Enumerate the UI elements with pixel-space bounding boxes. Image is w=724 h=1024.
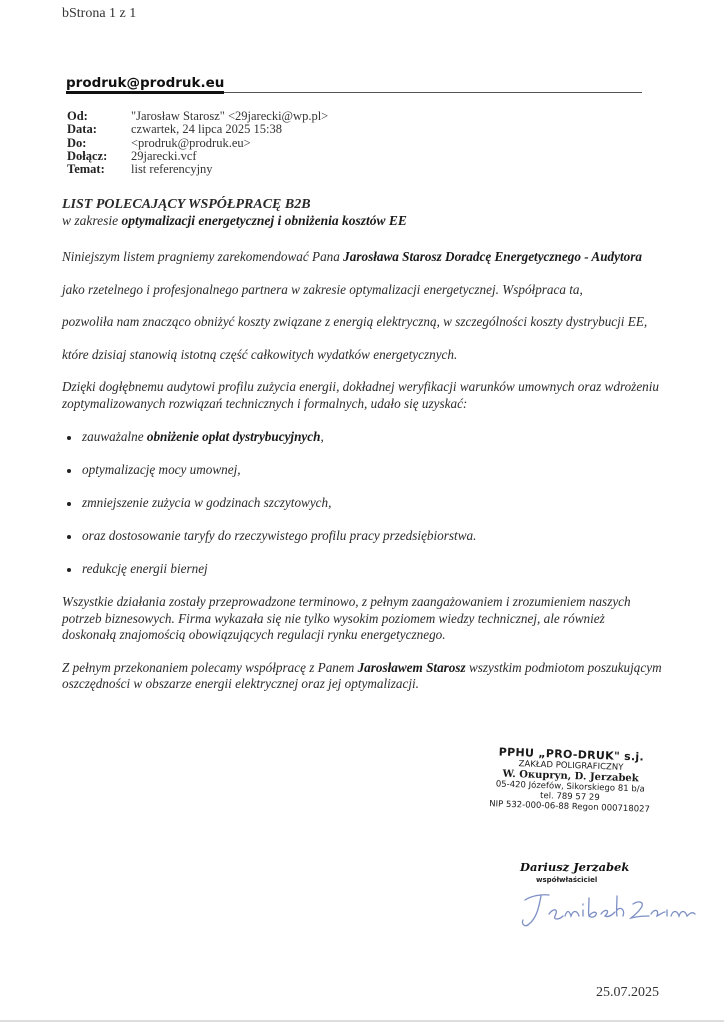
signer-name: Dariusz Jerzabek bbox=[520, 860, 629, 874]
company-stamp: PPHU „PRO-DRUK" s.j. ZAKŁAD POLIGRAFICZN… bbox=[477, 745, 664, 815]
letter-title: LIST POLECAJĄCY WSPÓŁPRACĘ B2B bbox=[62, 196, 662, 213]
subtitle-prefix: w zakresie bbox=[62, 213, 122, 228]
footer-date: 25.07.2025 bbox=[596, 985, 659, 1001]
header-subject: Temat: list referencyjny bbox=[67, 163, 328, 176]
header-date: Data: czwartek, 24 lipca 2025 15:38 bbox=[67, 123, 328, 136]
header-value: "Jarosław Starosz" <29jarecki@wp.pl> bbox=[131, 110, 328, 123]
item-text: zmniejszenie zużycia w godzinach szczyto… bbox=[82, 495, 331, 510]
list-item: zmniejszenie zużycia w godzinach szczyto… bbox=[62, 495, 662, 511]
closing-bold: Jarosławem Starosz bbox=[358, 660, 466, 675]
item-text: redukcję energii biernej bbox=[82, 561, 208, 576]
list-item: oraz dostosowanie taryfy do rzeczywisteg… bbox=[62, 528, 662, 544]
item-text: zauważalne bbox=[82, 429, 147, 444]
paragraph-4: Dzięki dogłębnemu audytowi profilu zużyc… bbox=[62, 379, 662, 412]
header-value: <prodruk@prodruk.eu> bbox=[131, 137, 251, 150]
header-key: Od: bbox=[67, 110, 131, 123]
page-label: bStrona 1 z 1 bbox=[62, 6, 136, 22]
letter-subtitle: w zakresie optymalizacji energetycznej i… bbox=[62, 213, 662, 229]
handwritten-signature-icon bbox=[515, 884, 700, 939]
header-value: czwartek, 24 lipca 2025 15:38 bbox=[131, 123, 282, 136]
header-key: Dołącz: bbox=[67, 150, 131, 163]
closing-paragraph: Z pełnym przekonaniem polecamy współprac… bbox=[62, 660, 662, 693]
page-bottom-divider bbox=[0, 1020, 724, 1022]
header-from: Od: "Jarosław Starosz" <29jarecki@wp.pl> bbox=[67, 110, 328, 123]
intro-paragraph: Niniejszym listem pragniemy zarekomendow… bbox=[62, 249, 662, 266]
header-key: Data: bbox=[67, 123, 131, 136]
list-item: redukcję energii biernej bbox=[62, 561, 662, 577]
header-key: Do: bbox=[67, 137, 131, 150]
item-bold: obniżenie opłat dystrybucyjnych bbox=[147, 429, 321, 444]
header-key: Temat: bbox=[67, 163, 131, 176]
paragraph-3: które dzisiaj stanowią istotną część cał… bbox=[62, 347, 662, 364]
item-text: oraz dostosowanie taryfy do rzeczywisteg… bbox=[82, 528, 476, 543]
paragraph-2: pozwoliła nam znacząco obniżyć koszty zw… bbox=[62, 314, 662, 331]
item-suffix: , bbox=[320, 429, 323, 444]
email-headers: Od: "Jarosław Starosz" <29jarecki@wp.pl>… bbox=[67, 110, 328, 176]
account-header: prodruk@prodruk.eu bbox=[66, 78, 642, 93]
header-value: list referencyjny bbox=[131, 163, 213, 176]
header-attachment: Dołącz: 29jarecki.vcf bbox=[67, 150, 328, 163]
account-email: prodruk@prodruk.eu bbox=[66, 75, 224, 94]
header-to: Do: <prodruk@prodruk.eu> bbox=[67, 137, 328, 150]
item-text: optymalizację mocy umownej, bbox=[82, 462, 241, 477]
paragraph-1: jako rzetelnego i profesjonalnego partne… bbox=[62, 282, 662, 299]
letter-body: LIST POLECAJĄCY WSPÓŁPRACĘ B2B w zakresi… bbox=[62, 196, 662, 693]
intro-prefix: Niniejszym listem pragniemy zarekomendow… bbox=[62, 249, 343, 264]
paragraph-5: Wszystkie działania zostały przeprowadzo… bbox=[62, 594, 662, 644]
list-item: optymalizację mocy umownej, bbox=[62, 462, 662, 478]
achievements-list: zauważalne obniżenie opłat dystrybucyjny… bbox=[62, 429, 662, 577]
list-item: zauważalne obniżenie opłat dystrybucyjny… bbox=[62, 429, 662, 445]
header-value: 29jarecki.vcf bbox=[131, 150, 197, 163]
closing-prefix: Z pełnym przekonaniem polecamy współprac… bbox=[62, 660, 358, 675]
recommended-person: Jarosława Starosz Doradcę Energetycznego… bbox=[343, 249, 642, 264]
signer-role: współwłaściciel bbox=[536, 876, 597, 884]
subtitle-bold: optymalizacji energetycznej i obniżenia … bbox=[122, 213, 407, 228]
